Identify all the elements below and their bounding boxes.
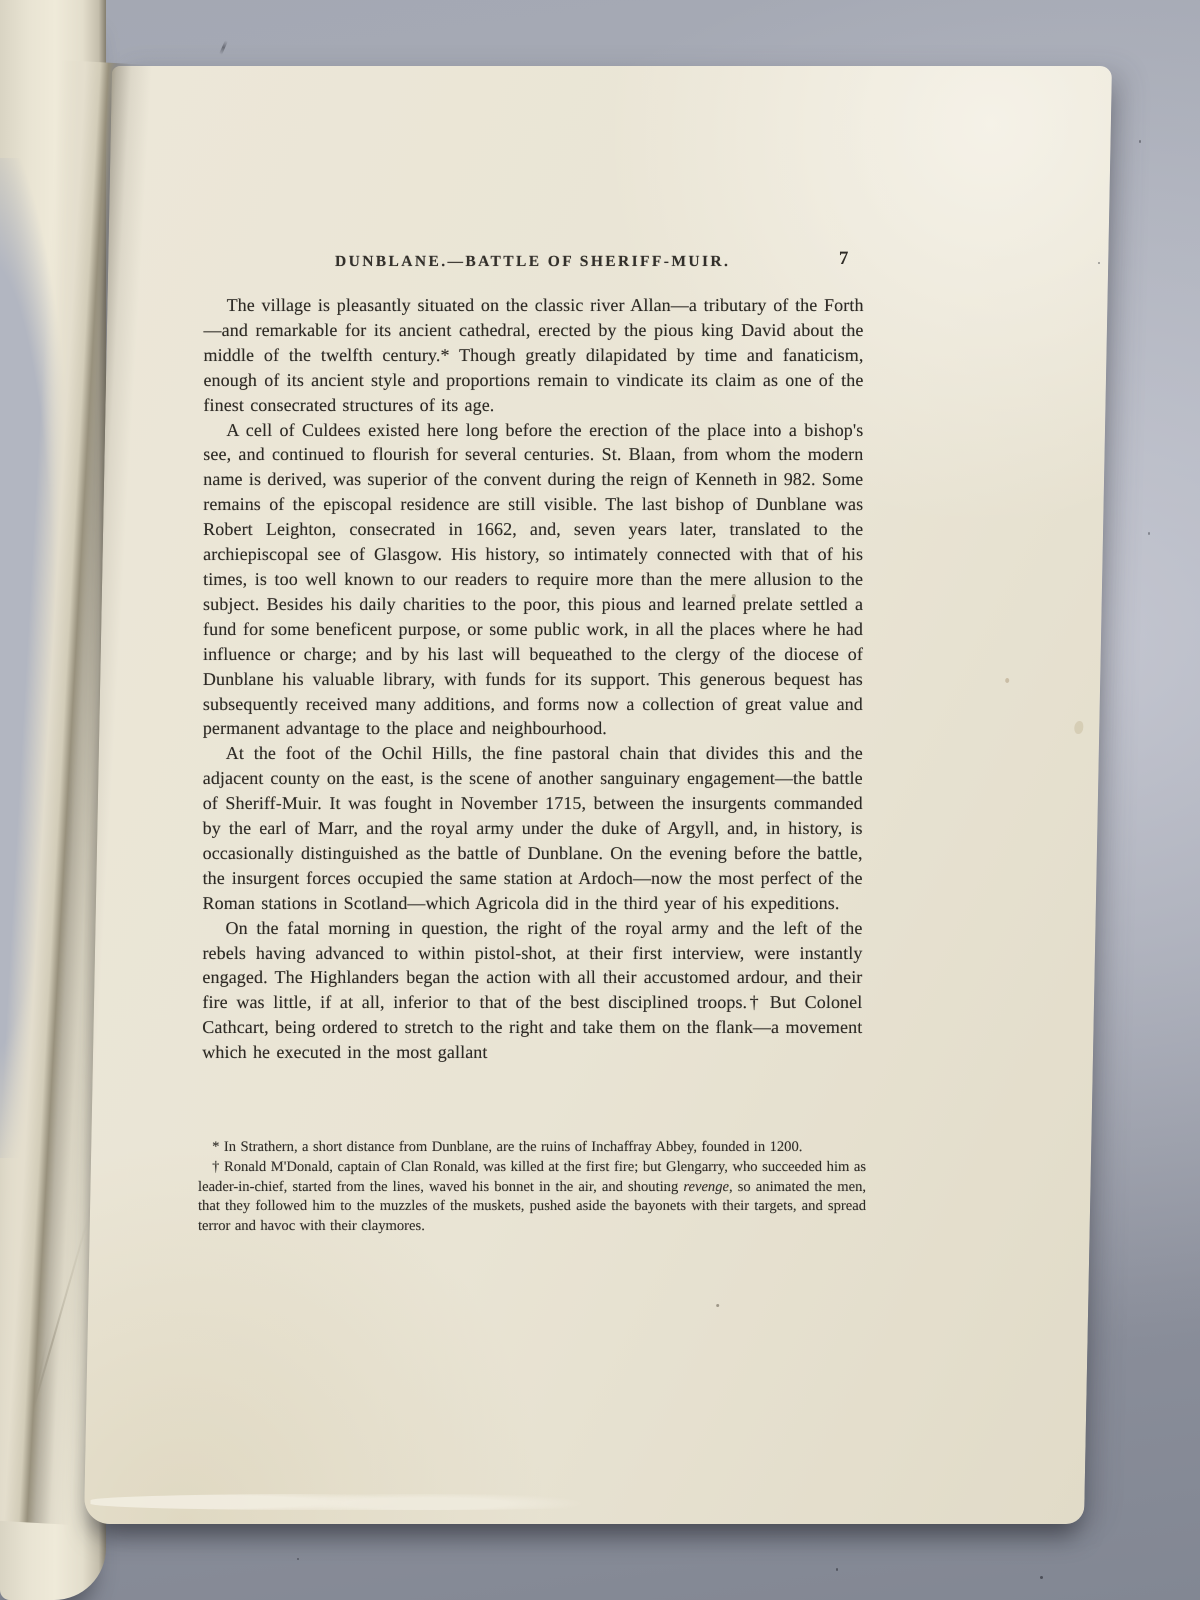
background-speckle xyxy=(1040,1576,1043,1579)
footnote-2-italic: revenge xyxy=(683,1179,729,1195)
running-header: DUNBLANE.—BATTLE OF SHERIFF-MUIR. xyxy=(202,254,864,270)
footnotes: * In Strathern, a short distance from Du… xyxy=(198,1138,866,1237)
paragraph-4: On the fatal morning in question, the ri… xyxy=(202,916,862,1065)
page-number: 7 xyxy=(824,249,864,268)
paragraph-2: A cell of Culdees existed here long befo… xyxy=(203,418,864,742)
footnote-2: † Ronald M'Donald, captain of Clan Ronal… xyxy=(198,1158,866,1237)
book-page: DUNBLANE.—BATTLE OF SHERIFF-MUIR. 7 The … xyxy=(84,66,1112,1524)
book-photo-scene: DUNBLANE.—BATTLE OF SHERIFF-MUIR. 7 The … xyxy=(0,0,1200,1600)
paragraph-3: At the foot of the Ochil Hills, the fine… xyxy=(203,741,863,915)
background-speckle xyxy=(297,1558,299,1560)
page-content: DUNBLANE.—BATTLE OF SHERIFF-MUIR. 7 The … xyxy=(109,66,1112,1524)
background-speckle xyxy=(1139,140,1141,143)
background-scratch xyxy=(219,40,228,55)
background-speckle xyxy=(1148,532,1150,535)
body-text: The village is pleasantly situated on th… xyxy=(202,293,863,1065)
footnote-1: * In Strathern, a short distance from Du… xyxy=(198,1138,866,1158)
background-speckle xyxy=(1098,262,1100,264)
background-speckle xyxy=(836,1568,838,1571)
paragraph-1: The village is pleasantly situated on th… xyxy=(203,293,863,418)
